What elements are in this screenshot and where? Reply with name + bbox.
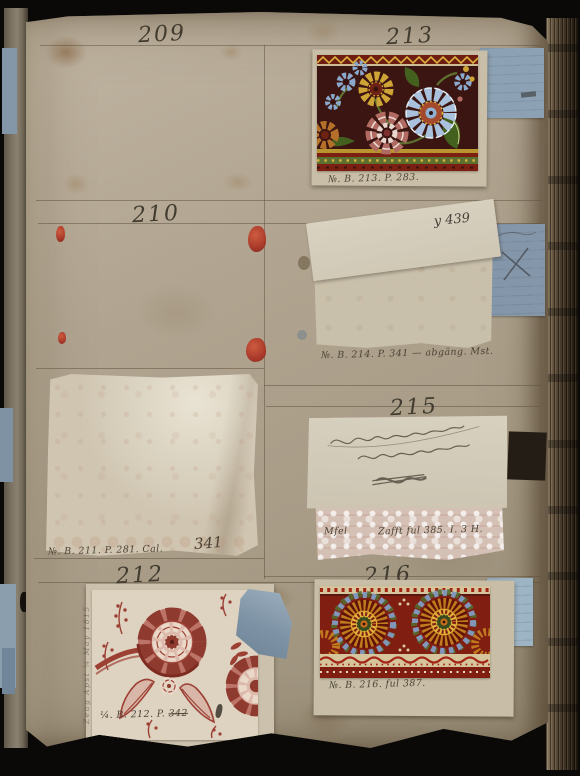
fabric-swatch-211	[46, 374, 258, 556]
grid-line	[264, 385, 541, 386]
section-213-number: 213	[385, 23, 434, 50]
fabric-swatch-216	[320, 586, 490, 678]
blue-gray-speck	[297, 330, 307, 340]
section-212-caption: ¼. B. 212. P. 342	[100, 708, 188, 721]
grid-line	[36, 200, 542, 201]
section-215-caption-left: Mfel	[324, 526, 348, 538]
red-wax-speck	[58, 332, 66, 344]
section-212-caption-text: ¼. B. 212. P.	[100, 708, 165, 721]
red-wax-speck	[56, 226, 65, 242]
section-212-caption-struck: 342	[168, 708, 188, 720]
grid-line	[40, 45, 540, 46]
section-214-caption: №. B. 214. P. 341 — abgäng. Mst.	[321, 346, 494, 362]
blue-paper-slip-213	[480, 48, 544, 118]
red-wax-spot	[246, 338, 266, 362]
fabric-swatch-213	[317, 55, 478, 171]
floral-chintz-graphic	[317, 55, 478, 171]
red-wax-spot	[248, 226, 266, 252]
slip-214-note: y 439	[433, 211, 471, 229]
grid-line-vertical-center	[264, 45, 265, 579]
section-211-caption-flourish: 341	[193, 533, 223, 553]
section-210-number: 210	[131, 201, 180, 228]
peacock-eye-border-graphic	[320, 586, 490, 678]
photograph-background: { "sections": { "s209": { "number": "209…	[0, 0, 580, 776]
brown-speck	[298, 256, 310, 270]
handwritten-note-over-215	[305, 414, 509, 512]
blue-tab-left-middle	[0, 408, 13, 482]
section-211-caption: №. B. 211. P. 281. Cal.	[48, 543, 163, 557]
ink-dash-on-slip	[521, 91, 536, 98]
sample-book-page: 209 213 210 214 215 212 216	[26, 12, 548, 748]
section-212-side-note: Zeug Apst ¼ May 1815	[82, 604, 91, 724]
grid-line	[36, 368, 264, 369]
handwriting-scrawl	[305, 414, 509, 512]
black-paper-patch	[507, 431, 547, 480]
book-fore-edge-stack	[546, 18, 578, 770]
blue-tab-left-bottom-underlayer	[2, 648, 15, 694]
grid-line	[34, 558, 264, 559]
section-209-number: 209	[137, 21, 186, 48]
blue-tab-left-top	[2, 48, 17, 134]
